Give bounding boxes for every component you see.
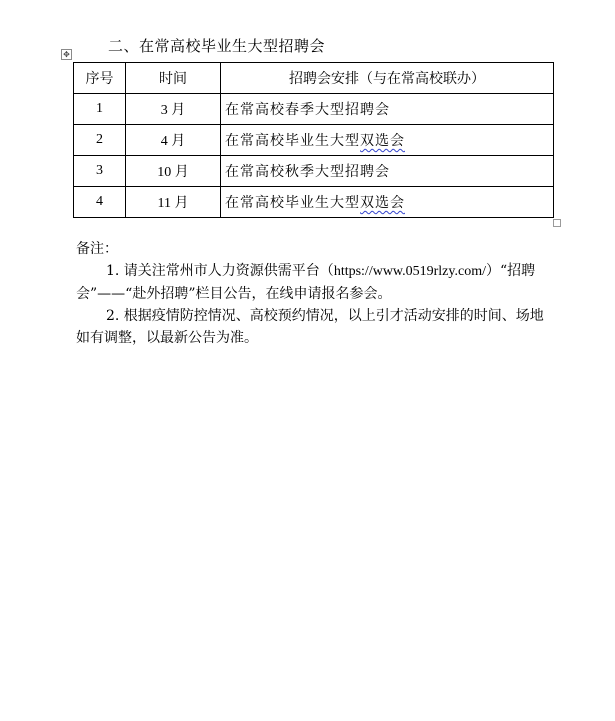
- table-header-row: 序号 时间 招聘会安排（与在常高校联办）: [74, 63, 554, 94]
- spellcheck-marked-text: 双选会: [360, 195, 405, 211]
- section-heading: 二、在常高校毕业生大型招聘会: [108, 35, 325, 56]
- row-time: 3 月: [126, 94, 221, 125]
- row-time: 4 月: [126, 125, 221, 156]
- header-time: 时间: [126, 63, 221, 94]
- recruitment-schedule-table: 序号 时间 招聘会安排（与在常高校联办） 1 3 月 在常高校春季大型招聘会 2…: [73, 62, 554, 218]
- notes-section: 备注： 1. 请关注常州市人力资源供需平台（https://www.0519rl…: [76, 238, 556, 349]
- header-index: 序号: [74, 63, 126, 94]
- table-move-handle-icon[interactable]: ✥: [61, 49, 72, 60]
- spellcheck-marked-text: 双选会: [360, 133, 405, 149]
- row-index: 2: [74, 125, 126, 156]
- row-event: 在常高校秋季大型招聘会: [221, 156, 554, 187]
- header-arrangement: 招聘会安排（与在常高校联办）: [221, 63, 554, 94]
- table-resize-handle[interactable]: [553, 219, 561, 227]
- row-index: 4: [74, 187, 126, 218]
- table-row: 1 3 月 在常高校春季大型招聘会: [74, 94, 554, 125]
- note-item-1: 1. 请关注常州市人力资源供需平台（https://www.0519rlzy.c…: [76, 260, 556, 305]
- event-text: 在常高校春季大型招聘会: [225, 102, 390, 118]
- row-time: 11 月: [126, 187, 221, 218]
- row-index: 1: [74, 94, 126, 125]
- note-item-2: 2. 根据疫情防控情况、高校预约情况，以上引才活动安排的时间、场地如有调整，以最…: [76, 305, 556, 349]
- notes-label: 备注：: [76, 238, 556, 260]
- table-row: 4 11 月 在常高校毕业生大型双选会: [74, 187, 554, 218]
- row-event: 在常高校春季大型招聘会: [221, 94, 554, 125]
- table-row: 2 4 月 在常高校毕业生大型双选会: [74, 125, 554, 156]
- platform-url: https://www.0519rlzy.com/: [334, 264, 486, 279]
- row-event: 在常高校毕业生大型双选会: [221, 125, 554, 156]
- row-event: 在常高校毕业生大型双选会: [221, 187, 554, 218]
- event-text: 在常高校秋季大型招聘会: [225, 164, 390, 180]
- row-index: 3: [74, 156, 126, 187]
- table-row: 3 10 月 在常高校秋季大型招聘会: [74, 156, 554, 187]
- row-time: 10 月: [126, 156, 221, 187]
- event-text: 在常高校毕业生大型: [225, 195, 360, 211]
- event-text: 在常高校毕业生大型: [225, 133, 360, 149]
